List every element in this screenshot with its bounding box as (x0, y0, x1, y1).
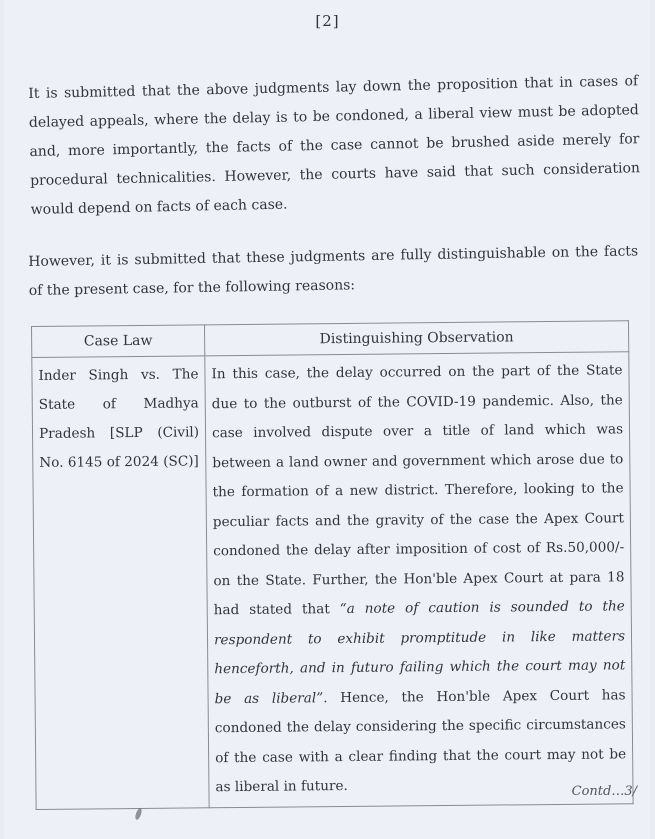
observation-text: In this case, the delay occurred on the … (211, 362, 624, 618)
table-row: Inder Singh vs. The State of Madhya Prad… (32, 352, 633, 809)
header-distinguishing-observation: Distinguishing Observation (204, 321, 628, 356)
case-law-table: Case Law Distinguishing Observation Inde… (31, 320, 634, 809)
page-number: [2] (0, 12, 655, 30)
paragraph-distinguishable: However, it is submitted that these judg… (28, 237, 639, 306)
paragraph-proposition: It is submitted that the above judgments… (28, 67, 641, 225)
continued-marker: Contd…3/ (572, 784, 637, 799)
case-law-cell: Inder Singh vs. The State of Madhya Prad… (32, 356, 209, 809)
header-case-law: Case Law (32, 325, 205, 358)
observation-cell: In this case, the delay occurred on the … (205, 352, 633, 808)
